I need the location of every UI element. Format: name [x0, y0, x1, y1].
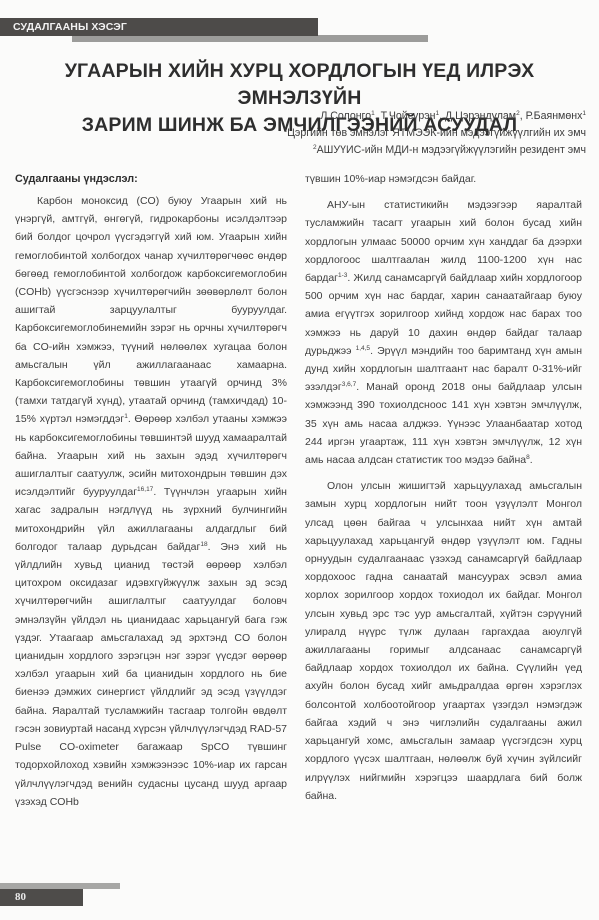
affiliation-text: АШУҮИС-ийн МДИ-н мэдээгүйжүүлэгийн резид… [317, 144, 586, 156]
affiliation-mark: 1 [582, 110, 586, 117]
affiliation-1: 1Цэргийн төв эмнэлэг ЯТМЭЭК-ийн мэдээгүй… [283, 125, 586, 142]
body-paragraph: Олон улсын жишигтэй харьцуулахад амьсгал… [305, 477, 582, 805]
author-list: Л.Солонго1, Т.Чойсүрэн1, Д.Цэрэндулам2, … [283, 108, 586, 125]
article-title-line-1: УГААРЫН ХИЙН ХУРЦ ХОРДЛОГЫН ҮЕД ИЛРЭХ ЭМ… [0, 58, 599, 112]
left-column: Судалгааны үндэслэл: Карбон моноксид (CO… [15, 170, 287, 819]
text-run: . Манай оронд 2018 оны байдлаар улсын хэ… [305, 381, 582, 466]
citation-ref: 18 [200, 541, 207, 548]
section-bar-accent [72, 35, 428, 42]
footer-bar [0, 889, 83, 906]
affiliation-mark: 1 [435, 110, 439, 117]
section-heading: Судалгааны үндэслэл: [15, 170, 287, 188]
citation-ref: 3,6,7 [342, 381, 356, 388]
right-column: түвшин 10%-иар нэмэгдсэн байдаг. АНУ-ын … [305, 170, 582, 813]
author-name: Т.Чойсүрэн [381, 110, 436, 122]
author-name: Р.Баянмөнх [526, 110, 583, 122]
text-run: . [530, 454, 533, 466]
affiliation-mark: 1 [371, 110, 375, 117]
citation-ref: 1-3 [338, 272, 347, 279]
text-run: Карбон моноксид (CO) буюу Угаарын хий нь… [15, 195, 287, 425]
author-name: Л.Солонго [320, 110, 371, 122]
citation-ref: 1,4,5 [356, 345, 370, 352]
author-block: Л.Солонго1, Т.Чойсүрэн1, Д.Цэрэндулам2, … [283, 108, 586, 159]
section-label: СУДАЛГААНЫ ХЭСЭГ [13, 21, 127, 33]
text-run: . Энэ хий нь үйлдлийн хувьд цианид төстэ… [15, 541, 287, 808]
body-paragraph: АНУ-ын статистикийн мэдээгээр яаралтай т… [305, 196, 582, 469]
affiliation-text: Цэргийн төв эмнэлэг ЯТМЭЭК-ийн мэдээгүйж… [287, 127, 586, 139]
page-number: 80 [15, 891, 26, 903]
body-paragraph: Карбон моноксид (CO) буюу Угаарын хий нь… [15, 192, 287, 811]
citation-ref: 16,17 [137, 486, 153, 493]
author-name: Д.Цэрэндулам [445, 110, 516, 122]
affiliation-mark: 2 [516, 110, 520, 117]
body-paragraph: түвшин 10%-иар нэмэгдсэн байдаг. [305, 170, 582, 188]
affiliation-2: 2АШУҮИС-ийн МДИ-н мэдээгүйжүүлэгийн рези… [283, 142, 586, 159]
